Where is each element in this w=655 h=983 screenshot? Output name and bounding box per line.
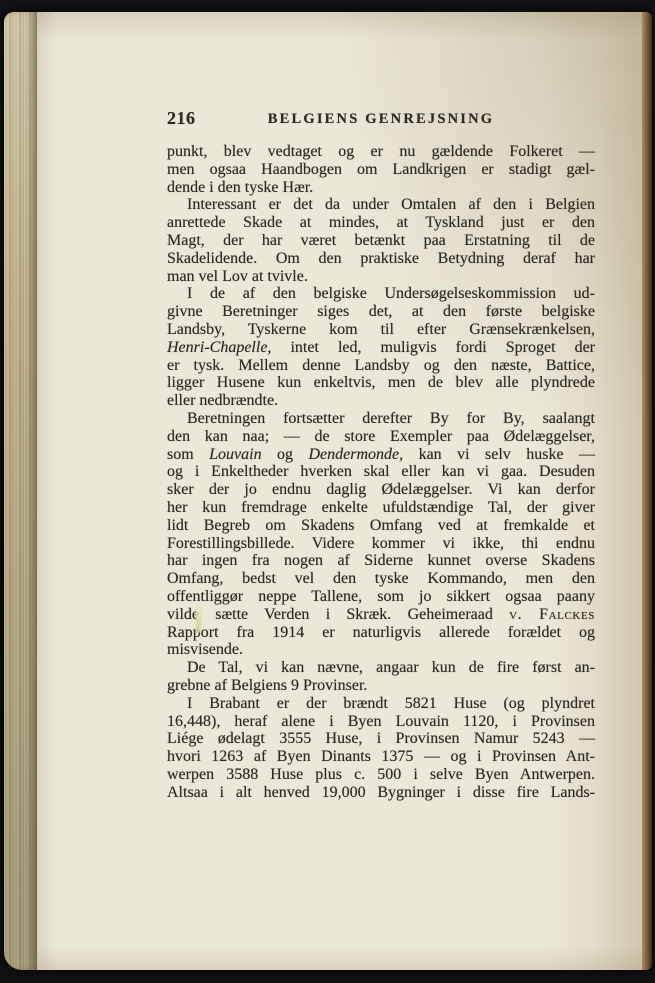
text-line: eller nedbrændte. [167,392,595,410]
text-line: hvori 1263 af Byen Dinants 1375 — og i P… [167,748,595,766]
text-segment: Beretningen fortsætter derefter By for B… [187,410,595,427]
text-segment: misvisende. [167,641,243,658]
paragraph: I de af den belgiske Undersøgelseskommis… [167,285,595,410]
text-line: Liége ødelagt 3555 Huse, i Provinsen Nam… [167,730,595,748]
text-segment: Henri-Chapelle, [167,339,271,356]
text-segment: her kun fremdrage enkelte ufuldstændige … [167,499,595,516]
paragraph: Interessant er det da under Omtalen af d… [167,196,595,285]
stacked-page-edges [4,12,37,970]
text-line: Omfang, bedst vel den tyske Kommando, me… [167,570,595,588]
text-segment: ligger Husene kun enkeltvis, men de blev… [167,374,595,391]
text-segment: man vel Lov at tvivle. [167,268,308,285]
text-segment: offentliggør neppe Tallene, som jo sikke… [167,588,595,605]
text-line: Skadelidende. Om den praktiske Betydning… [167,250,595,268]
text-line: Beretningen fortsætter derefter By for B… [167,410,595,428]
text-line: man vel Lov at tvivle. [167,268,595,286]
text-line: offentliggør neppe Tallene, som jo sikke… [167,588,595,606]
text-segment: Rapport fra 1914 er naturligvis allerede… [167,624,595,641]
paper-scratch-artifact [196,606,202,633]
text-line: her kun fremdrage enkelte ufuldstændige … [167,499,595,517]
text-segment: Louvain [209,446,261,463]
text-segment: Interessant er det da under Omtalen af d… [187,196,595,213]
text-line: anrettede Skade at mindes, at Tyskland j… [167,214,595,232]
text-line: lidt Begreb om Skadens Omfang ved at fre… [167,517,595,535]
text-line: Interessant er det da under Omtalen af d… [167,196,595,214]
paragraph: I Brabant er der brændt 5821 Huse (og pl… [167,695,595,802]
page-number: 216 [167,108,196,129]
text-segment: kan vi selv huske — [403,446,595,463]
paragraph: De Tal, vi kan nævne, angaar kun de fire… [167,659,595,695]
text-line: Magt, der har været betænkt paa Erstatni… [167,232,595,250]
book-paper: 216 BELGIENS GENREJSNING punkt, blev ved… [37,12,642,970]
paragraph: Beretningen fortsætter derefter By for B… [167,410,595,659]
text-line: punkt, blev vedtaget og er nu gældende F… [167,143,595,161]
text-segment: hvori 1263 af Byen Dinants 1375 — og i P… [167,748,595,765]
text-segment: Magt, der har været betænkt paa Erstatni… [167,232,595,249]
text-segment: Landsby, Tyskerne kom til efter Grænsekr… [167,321,595,338]
text-segment: har ingen fra nogen af Siderne kunnet ov… [167,552,595,569]
text-segment: werpen 3588 Huse plus c. 500 i selve Bye… [167,766,595,783]
text-segment: den kan naa; — de store Exempler paa Øde… [167,428,595,445]
text-line: dende i den tyske Hær. [167,179,595,197]
text-segment: Altsaa i alt henved 19,000 Bygninger i d… [167,784,595,801]
text-segment: Skadelidende. Om den praktiske Betydning… [167,250,595,267]
text-segment: 16,448), heraf alene i Byen Louvain 1120… [167,713,595,730]
photo-background: 216 BELGIENS GENREJSNING punkt, blev ved… [0,0,655,983]
text-segment: lidt Begreb om Skadens Omfang ved at fre… [167,517,595,534]
text-line: I Brabant er der brændt 5821 Huse (og pl… [167,695,595,713]
text-segment: I Brabant er der brændt 5821 Huse (og pl… [187,695,595,712]
text-line: men ogsaa Haandbogen om Landkrigen er st… [167,161,595,179]
text-segment: givne Beretninger siges det, at den førs… [167,303,595,320]
text-line: vilde sætte Verden i Skræk. Geheimeraad … [167,606,595,624]
text-segment: Liége ødelagt 3555 Huse, i Provinsen Nam… [167,730,595,747]
text-line: De Tal, vi kan nævne, angaar kun de fire… [167,659,595,677]
text-line: den kan naa; — de store Exempler paa Øde… [167,428,595,446]
text-line: Henri-Chapelle, intet led, muligvis ford… [167,339,595,357]
text-segment: sker der jo endnu daglig Ødelæggelser. V… [167,481,595,498]
text-segment: Dendermonde, [308,446,403,463]
text-segment: dende i den tyske Hær. [167,179,313,196]
text-segment: intet led, muligvis fordi Sproget der [271,339,595,356]
text-segment: og i Enkeltheder hverken skal eller kan … [167,463,595,480]
text-segment: De Tal, vi kan nævne, angaar kun de fire… [187,659,595,676]
text-segment: grebne af Belgiens 9 Provinser. [167,677,367,694]
text-line: har ingen fra nogen af Siderne kunnet ov… [167,552,595,570]
text-line: som Louvain og Dendermonde, kan vi selv … [167,446,595,464]
text-line: og i Enkeltheder hverken skal eller kan … [167,463,595,481]
text-line: werpen 3588 Huse plus c. 500 i selve Bye… [167,766,595,784]
text-line: Altsaa i alt henved 19,000 Bygninger i d… [167,784,595,802]
text-segment: v. Falckes [509,606,595,623]
paragraph: punkt, blev vedtaget og er nu gældende F… [167,143,595,196]
text-line: Forestillingsbillede. Videre kommer vi i… [167,535,595,553]
text-segment: men ogsaa Haandbogen om Landkrigen er st… [167,161,595,178]
page-header: 216 BELGIENS GENREJSNING [167,107,595,129]
text-segment: anrettede Skade at mindes, at Tyskland j… [167,214,595,231]
text-line: misvisende. [167,641,595,659]
text-line: 16,448), heraf alene i Byen Louvain 1120… [167,713,595,731]
text-line: givne Beretninger siges det, at den førs… [167,303,595,321]
text-line: Landsby, Tyskerne kom til efter Grænsekr… [167,321,595,339]
running-header: BELGIENS GENREJSNING [167,107,595,128]
text-line: ligger Husene kun enkeltvis, men de blev… [167,374,595,392]
text-segment: og [262,446,309,463]
text-segment: Forestillingsbillede. Videre kommer vi i… [167,535,595,552]
scanned-book-page: 216 BELGIENS GENREJSNING punkt, blev ved… [4,12,652,970]
text-line: grebne af Belgiens 9 Provinser. [167,677,595,695]
text-segment: vilde sætte Verden i Skræk. Geheimeraad [167,606,509,623]
text-segment: er tysk. Mellem denne Landsby og den næs… [167,357,595,374]
text-line: er tysk. Mellem denne Landsby og den næs… [167,357,595,375]
text-line: I de af den belgiske Undersøgelseskommis… [167,285,595,303]
text-segment: eller nedbrændte. [167,392,278,409]
book-fore-edge [642,12,652,970]
text-segment: punkt, blev vedtaget og er nu gældende F… [167,143,595,160]
text-segment: Omfang, bedst vel den tyske Kommando, me… [167,570,595,587]
text-line: sker der jo endnu daglig Ødelæggelser. V… [167,481,595,499]
text-segment: I de af den belgiske Undersøgelseskommis… [187,285,595,302]
body-text: punkt, blev vedtaget og er nu gældende F… [167,143,595,801]
text-line: Rapport fra 1914 er naturligvis allerede… [167,624,595,642]
text-segment: som [167,446,209,463]
